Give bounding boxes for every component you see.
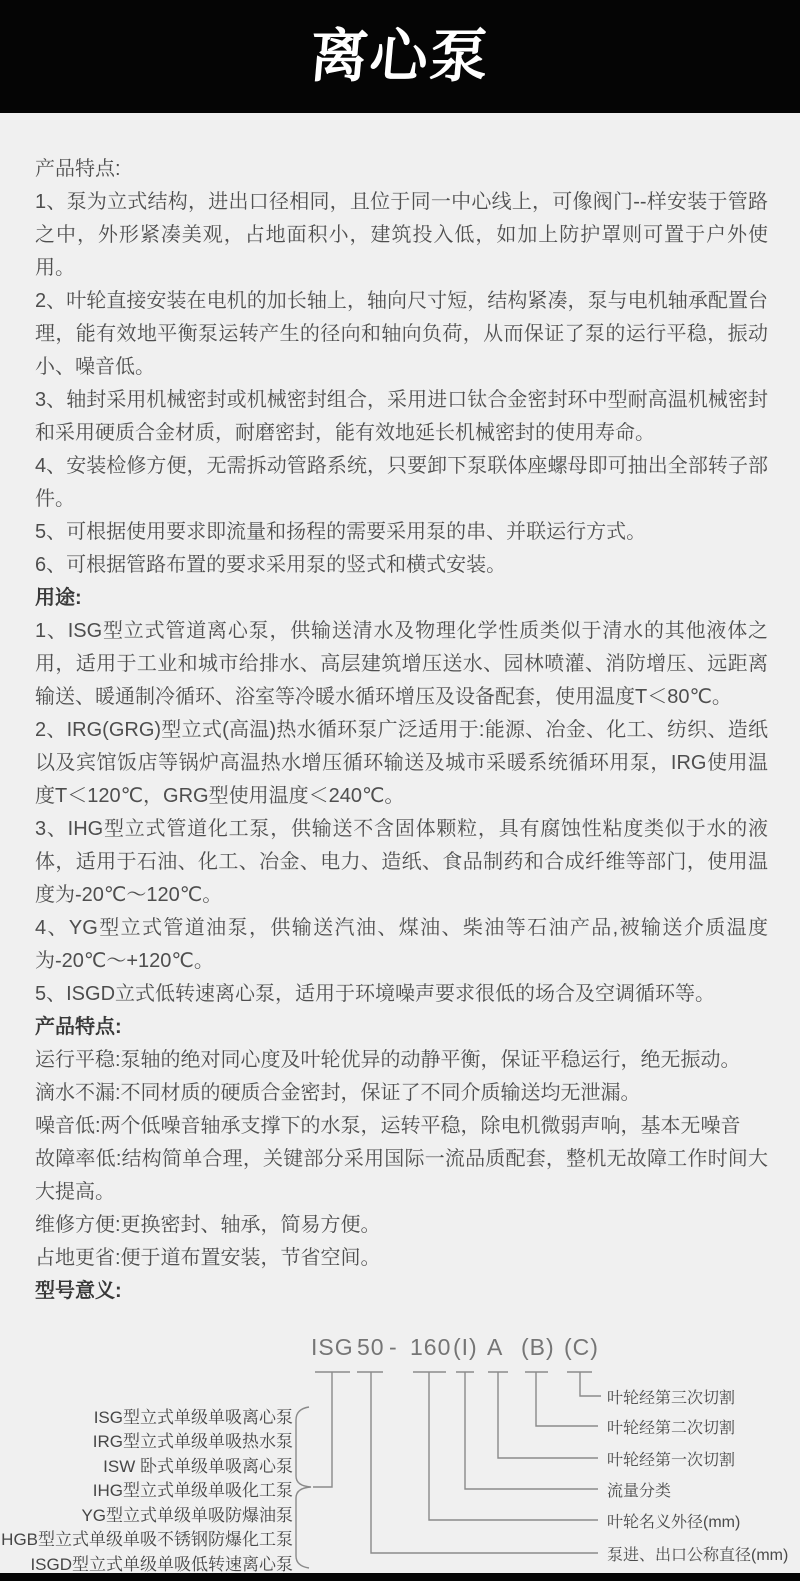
next-section-edge	[0, 1573, 800, 1581]
feature2-item: 噪音低:两个低噪音轴承支撑下的水泵，运转平稳，除电机微弱声响，基本无噪音	[35, 1110, 768, 1143]
feature-item: 3、轴封采用机械密封或机械密封组合，采用进口钛合金密封环中型耐高温机械密封和采用…	[35, 384, 768, 450]
label-second-cut: 叶轮经第二次切割	[607, 1415, 735, 1438]
feature-item: 4、安装检修方便，无需拆动管路系统，只要卸下泵联体座螺母即可抽出全部转子部件。	[35, 450, 768, 516]
section-heading-features2: 产品特点:	[35, 1011, 768, 1044]
model-code-cut1: A	[487, 1334, 503, 1361]
model-code-dash: -	[389, 1334, 398, 1361]
feature2-item: 故障率低:结构简单合理，关键部分采用国际一流品质配套，整机无故障工作时间大大提高…	[35, 1143, 768, 1209]
section-heading-usage: 用途:	[35, 582, 768, 615]
usage-item: 1、ISG型立式管道离心泵，供输送清水及物理化学性质类似于清水的其他液体之用，适…	[35, 615, 768, 714]
pump-model-isg: ISG型立式单级单吸离心泵	[94, 1403, 293, 1428]
feature-item: 6、可根据管路布置的要求采用泵的竖式和横式安装。	[35, 549, 768, 582]
model-code-flow: (I)	[453, 1334, 478, 1361]
model-code-cut2: (B)	[521, 1334, 555, 1361]
feature-item: 1、泵为立式结构，进出口径相同，且位于同一中心线上，可像阀门--样安装于管路之中…	[35, 186, 768, 285]
feature-item: 5、可根据使用要求即流量和扬程的需要采用泵的串、并联运行方式。	[35, 516, 768, 549]
model-code-series: ISG	[311, 1334, 354, 1361]
feature-item: 2、叶轮直接安装在电机的加长轴上，轴向尺寸短，结构紧凑，泵与电机轴承配置台理，能…	[35, 285, 768, 384]
product-page: 离心泵 产品特点: 1、泵为立式结构，进出口径相同，且位于同一中心线上，可像阀门…	[0, 0, 800, 1581]
usage-item: 2、IRG(GRG)型立式(高温)热水循环泵广泛适用于:能源、冶金、化工、纺织、…	[35, 714, 768, 813]
pump-model-isgd: ISGD型立式单级单吸低转速离心泵	[30, 1550, 293, 1575]
page-title: 离心泵	[305, 0, 495, 113]
section-heading-model: 型号意义:	[35, 1275, 768, 1308]
pump-model-ihgb: IHGB型立式单级单吸不锈钢防爆化工泵	[0, 1525, 293, 1550]
label-first-cut: 叶轮经第一次切割	[607, 1447, 735, 1470]
content-body: 产品特点: 1、泵为立式结构，进出口径相同，且位于同一中心线上，可像阀门--样安…	[0, 113, 800, 1308]
feature2-item: 运行平稳:泵轴的绝对同心度及叶轮优异的动静平衡，保证平稳运行，绝无振动。	[35, 1044, 768, 1077]
model-code-cut3: (C)	[564, 1334, 599, 1361]
pump-model-yg: YG型立式单级单吸防爆油泵	[81, 1501, 293, 1526]
pump-model-irg: IRG型立式单级单吸热水泵	[93, 1427, 293, 1452]
label-third-cut: 叶轮经第三次切割	[607, 1385, 735, 1408]
model-code-impeller: 160	[410, 1334, 451, 1361]
pump-model-ihg: IHG型立式单级单吸化工泵	[93, 1476, 293, 1501]
label-port-diameter: 泵进、出口公称直径(mm)	[607, 1542, 788, 1565]
feature2-item: 滴水不漏:不同材质的硬质合金密封，保证了不同介质输送均无泄漏。	[35, 1077, 768, 1110]
pump-model-isw: ISW 卧式单级单吸离心泵	[103, 1452, 293, 1477]
page-header: 离心泵	[0, 0, 800, 113]
label-flow-class: 流量分类	[607, 1478, 671, 1501]
usage-item: 5、ISGD立式低转速离心泵，适用于环境噪声要求很低的场合及空调循环等。	[35, 978, 768, 1011]
model-code-diameter: 50	[357, 1334, 385, 1361]
feature2-item: 维修方便:更换密封、轴承，简易方便。	[35, 1209, 768, 1242]
section-heading-features: 产品特点:	[35, 153, 768, 186]
feature2-item: 占地更省:便于道布置安装，节省空间。	[35, 1242, 768, 1275]
usage-item: 4、YG型立式管道油泵，供输送汽油、煤油、柴油等石油产品,被输送介质温度为-20…	[35, 912, 768, 978]
label-impeller-diameter: 叶轮名义外径(mm)	[607, 1509, 740, 1532]
model-meaning-diagram: ISG 50 - 160 (I) A (B) (C) ISG型立式单级单吸离心泵…	[0, 1310, 800, 1581]
usage-item: 3、IHG型立式管道化工泵，供输送不含固体颗粒，具有腐蚀性粘度类似于水的液体，适…	[35, 813, 768, 912]
